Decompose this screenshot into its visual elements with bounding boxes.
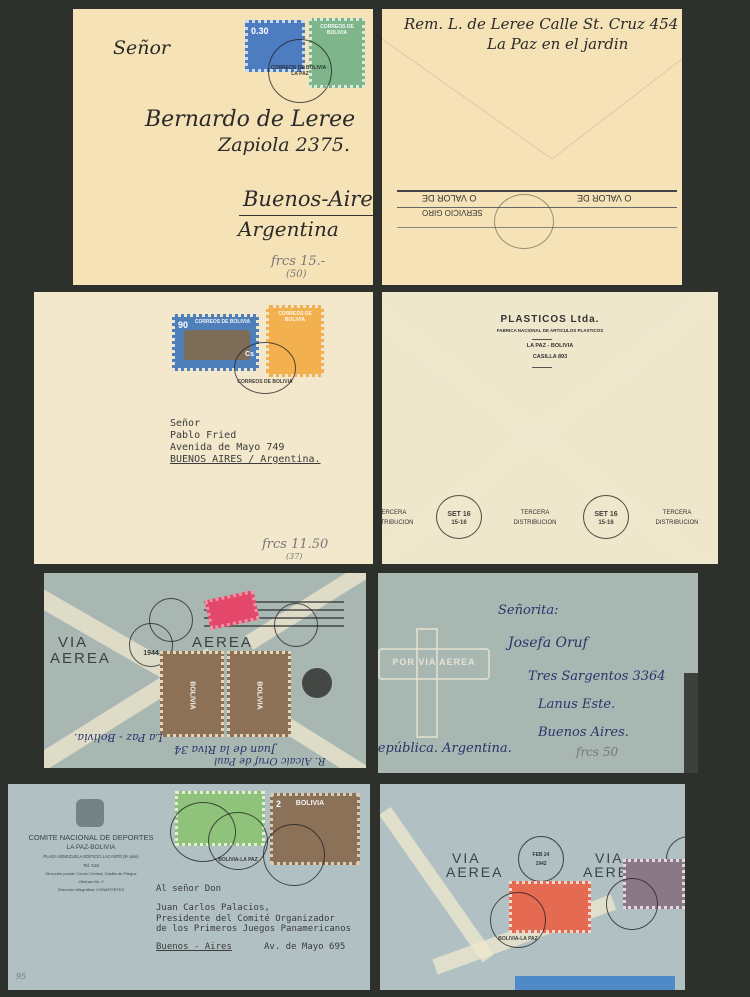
airmail-label-aerea: AEREA bbox=[50, 651, 111, 667]
cover-6-front: POR VIA AEREA Señorita: Josefa Oruf Tres… bbox=[378, 573, 698, 773]
stamp-red bbox=[204, 590, 259, 630]
postmark: CORREOS DE BOLIVIA bbox=[234, 342, 296, 394]
recipient-street: Tres Sargentos 3364 bbox=[528, 669, 666, 684]
sender-line: R. Alcaic Oruf de Paul bbox=[214, 755, 326, 766]
recipient-city: Buenos-Aires bbox=[243, 187, 373, 211]
cover-2-back: Rem. L. de Leree Calle St. Cruz 454 La P… bbox=[382, 9, 682, 285]
divider bbox=[532, 367, 552, 368]
airmail-label-aerea: AEREA bbox=[192, 635, 253, 651]
airmail-label: POR VIA AEREA bbox=[381, 657, 487, 667]
recipient-salutation: Señor bbox=[170, 418, 200, 430]
machine-cancel-text: O VALOR DE bbox=[577, 193, 631, 203]
cover-7-front: COMITE NACIONAL DE DEPORTES LA PAZ-BOLIV… bbox=[8, 784, 370, 990]
ink-stain bbox=[302, 668, 332, 698]
postmark: FEB 24 1942 bbox=[518, 836, 564, 882]
org-city: LA PAZ-BOLIVIA bbox=[26, 844, 156, 851]
tape-strip bbox=[380, 807, 494, 962]
recipient-city: Buenos Aires. bbox=[538, 725, 629, 740]
corner-note: 95 bbox=[16, 972, 26, 981]
org-telephone: Tel. 518 bbox=[26, 863, 156, 868]
recipient-salutation: Al señor Don bbox=[156, 883, 221, 895]
org-telegraph: Dirección telegráfica: CONAPORTES bbox=[26, 887, 156, 892]
ink-stain bbox=[684, 673, 698, 773]
pencil-price: frcs 50 bbox=[576, 745, 618, 759]
pencil-lot-number: (37) bbox=[286, 552, 302, 561]
divider bbox=[532, 339, 552, 340]
delivery-mark: TERCERA DISTRIBUCION bbox=[647, 508, 707, 528]
salutation: Señor bbox=[113, 37, 170, 59]
recipient-country: República. Argentina. bbox=[378, 741, 512, 756]
airmail-label-via: VIA bbox=[58, 635, 88, 651]
cover-3-front: 90 CORREOS DE BOLIVIA Cs CORREOS DE BOLI… bbox=[34, 292, 373, 564]
coat-of-arms-icon bbox=[76, 799, 104, 827]
org-postal: Dirección postal: Correo Central, Casill… bbox=[26, 871, 156, 876]
recipient-street: Av. de Mayo 695 bbox=[264, 941, 345, 953]
pencil-price: frcs 11.50 bbox=[262, 537, 328, 552]
postmark: SET 16 15-16 bbox=[583, 495, 629, 539]
postmark: SET 16 15-16 bbox=[436, 495, 482, 539]
company-tagline: FABRICA NACIONAL DE ARTICULOS PLASTICOS bbox=[382, 328, 718, 333]
company-city: LA PAZ - BOLIVIA bbox=[382, 343, 718, 349]
machine-cancel-bar bbox=[397, 190, 677, 192]
recipient-title-2: de los Primeros Juegos Panamericanos bbox=[156, 923, 351, 935]
cover-1-front: Señor Bernardo de Leree Zapiola 2375. Bu… bbox=[73, 9, 373, 285]
machine-cancel-text: SERVICIO GIRO bbox=[422, 208, 483, 217]
org-name: COMITE NACIONAL DE DEPORTES bbox=[26, 833, 156, 842]
airplane-fuselage bbox=[416, 628, 438, 738]
recipient-street: Avenida de Mayo 749 bbox=[170, 442, 284, 454]
company-name: PLASTICOS Ltda. bbox=[382, 314, 718, 325]
sender-line: La Paz - Bolivia. bbox=[74, 731, 163, 744]
delivery-mark: TERCERA DISTRIBUCION bbox=[382, 508, 422, 528]
cover-5-back: VIA AEREA AEREA 1944 BOLIVIA BOLIVIA La … bbox=[44, 573, 366, 768]
postmark bbox=[149, 598, 193, 642]
postmark bbox=[494, 194, 554, 249]
stamp-brown-pair-left: BOLIVIA bbox=[160, 651, 224, 737]
delivery-mark: TERCERA DISTRIBUCION bbox=[505, 508, 565, 528]
postmark bbox=[263, 824, 325, 886]
pencil-lot-number: (50) bbox=[286, 269, 307, 280]
pencil-price: frcs 15.- bbox=[271, 254, 325, 269]
postmark bbox=[274, 603, 318, 647]
postmark: CORREOS DE BOLIVIA · LA PAZ bbox=[268, 39, 332, 103]
recipient-district: Lanus Este. bbox=[538, 697, 615, 712]
blue-paper-strip bbox=[515, 976, 675, 990]
recipient-city: BUENOS AIRES / Argentina. bbox=[170, 454, 321, 466]
recipient-city: Buenos - Aires bbox=[156, 941, 232, 953]
underline bbox=[239, 215, 373, 216]
airmail-label-aerea: AEREA bbox=[446, 864, 503, 880]
cover-8-back: VIA AEREA VIA AEREA FEB 24 1942 BOLIVIA-… bbox=[380, 784, 685, 990]
postmark: BOLIVIA-LA PAZ bbox=[490, 892, 546, 948]
machine-cancel-text: O VALOR DE bbox=[422, 193, 476, 203]
postmark: BOLIVIA-LA PAZ bbox=[208, 812, 268, 870]
org-address: PLAZA VENEZUELA EDIFICIO LACANTE (5º pis… bbox=[26, 854, 156, 859]
cover-4-back: PLASTICOS Ltda. FABRICA NACIONAL DE ARTI… bbox=[382, 292, 718, 564]
company-box: CASILLA 893 bbox=[382, 354, 718, 360]
stamp-brown-pair-right: BOLIVIA bbox=[227, 651, 291, 737]
postmark bbox=[606, 878, 658, 930]
recipient-name: Bernardo de Leree bbox=[145, 107, 355, 132]
salutation: Señorita: bbox=[498, 603, 559, 618]
recipient-name: Pablo Fried bbox=[170, 430, 236, 442]
recipient-street: Zapiola 2375. bbox=[218, 134, 350, 156]
recipient-name: Josefa Oruf bbox=[508, 635, 588, 651]
recipient-country: Argentina bbox=[238, 217, 339, 241]
org-office: Oficinas No. 2 bbox=[26, 879, 156, 884]
